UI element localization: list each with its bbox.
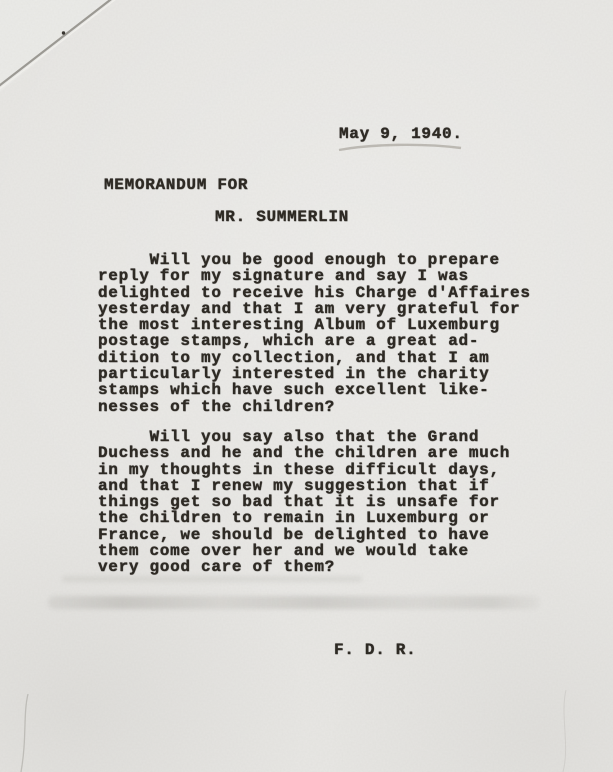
speck-on-crease	[62, 31, 65, 34]
faint-ink-smudge	[62, 576, 362, 582]
crease-bottom-right	[563, 690, 566, 772]
memo-paragraph-2: Will you say also that the Grand Duchess…	[98, 429, 510, 576]
crease-bottom-left	[21, 694, 28, 772]
folded-corner-area	[0, 0, 122, 96]
memo-heading-label: MEMORANDUM FOR	[104, 177, 248, 193]
memo-paragraph-1: Will you be good enough to prepare reply…	[98, 252, 531, 415]
memo-date: May 9, 1940.	[339, 126, 463, 142]
scanned-memo-page: May 9, 1940. MEMORANDUM FOR MR. SUMMERLI…	[0, 0, 613, 772]
ghost-smudge-band	[48, 596, 540, 609]
memo-recipient: MR. SUMMERLIN	[215, 209, 349, 225]
memo-signature-initials: F. D. R.	[334, 642, 416, 658]
